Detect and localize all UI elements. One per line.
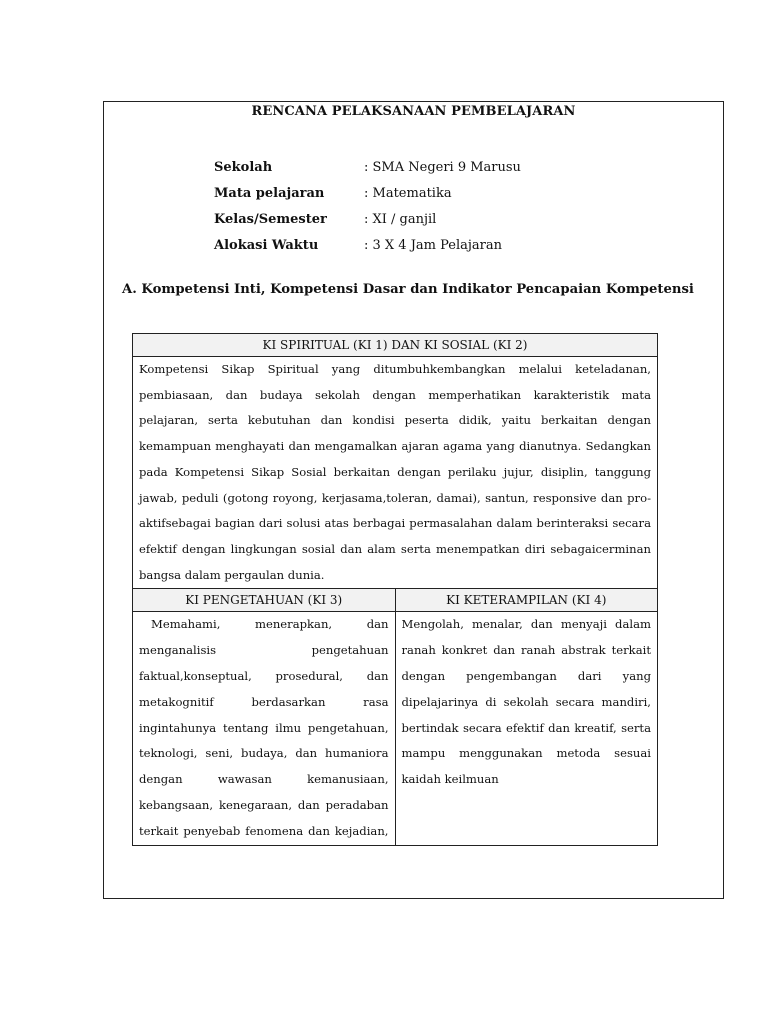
info-label: Alokasi Waktu <box>214 238 364 253</box>
document-frame: RENCANA PELAKSANAAN PEMBELAJARAN Sekolah… <box>103 101 724 899</box>
info-label: Kelas/Semester <box>214 212 364 227</box>
document-title: RENCANA PELAKSANAAN PEMBELAJARAN <box>104 104 723 119</box>
info-value: : SMA Negeri 9 Marusu <box>364 160 521 175</box>
info-row-time: Alokasi Waktu : 3 X 4 Jam Pelajaran <box>214 232 521 258</box>
info-row-subject: Mata pelajaran : Matematika <box>214 180 521 206</box>
info-value: : 3 X 4 Jam Pelajaran <box>364 238 502 253</box>
info-row-school: Sekolah : SMA Negeri 9 Marusu <box>214 154 521 180</box>
info-value: : Matematika <box>364 186 452 201</box>
ki3-header: KI PENGETAHUAN (KI 3) <box>133 589 396 612</box>
info-row-class: Kelas/Semester : XI / ganjil <box>214 206 521 232</box>
info-label: Mata pelajaran <box>214 186 364 201</box>
ki4-header: KI KETERAMPILAN (KI 4) <box>395 589 658 612</box>
info-label: Sekolah <box>214 160 364 175</box>
core-competency-table: KI SPIRITUAL (KI 1) DAN KI SOSIAL (KI 2)… <box>132 333 658 846</box>
ki12-header: KI SPIRITUAL (KI 1) DAN KI SOSIAL (KI 2) <box>133 334 658 357</box>
ki3-text: Memahami, menerapkan, dan menganalisis p… <box>133 612 396 845</box>
ki12-text: Kompetensi Sikap Spiritual yang ditumbuh… <box>133 357 658 589</box>
ki4-text: Mengolah, menalar, dan menyaji dalam ran… <box>395 612 658 845</box>
identity-block: Sekolah : SMA Negeri 9 Marusu Mata pelaj… <box>214 154 521 258</box>
section-a-heading: A. Kompetensi Inti, Kompetensi Dasar dan… <box>122 282 694 297</box>
info-value: : XI / ganjil <box>364 212 436 227</box>
